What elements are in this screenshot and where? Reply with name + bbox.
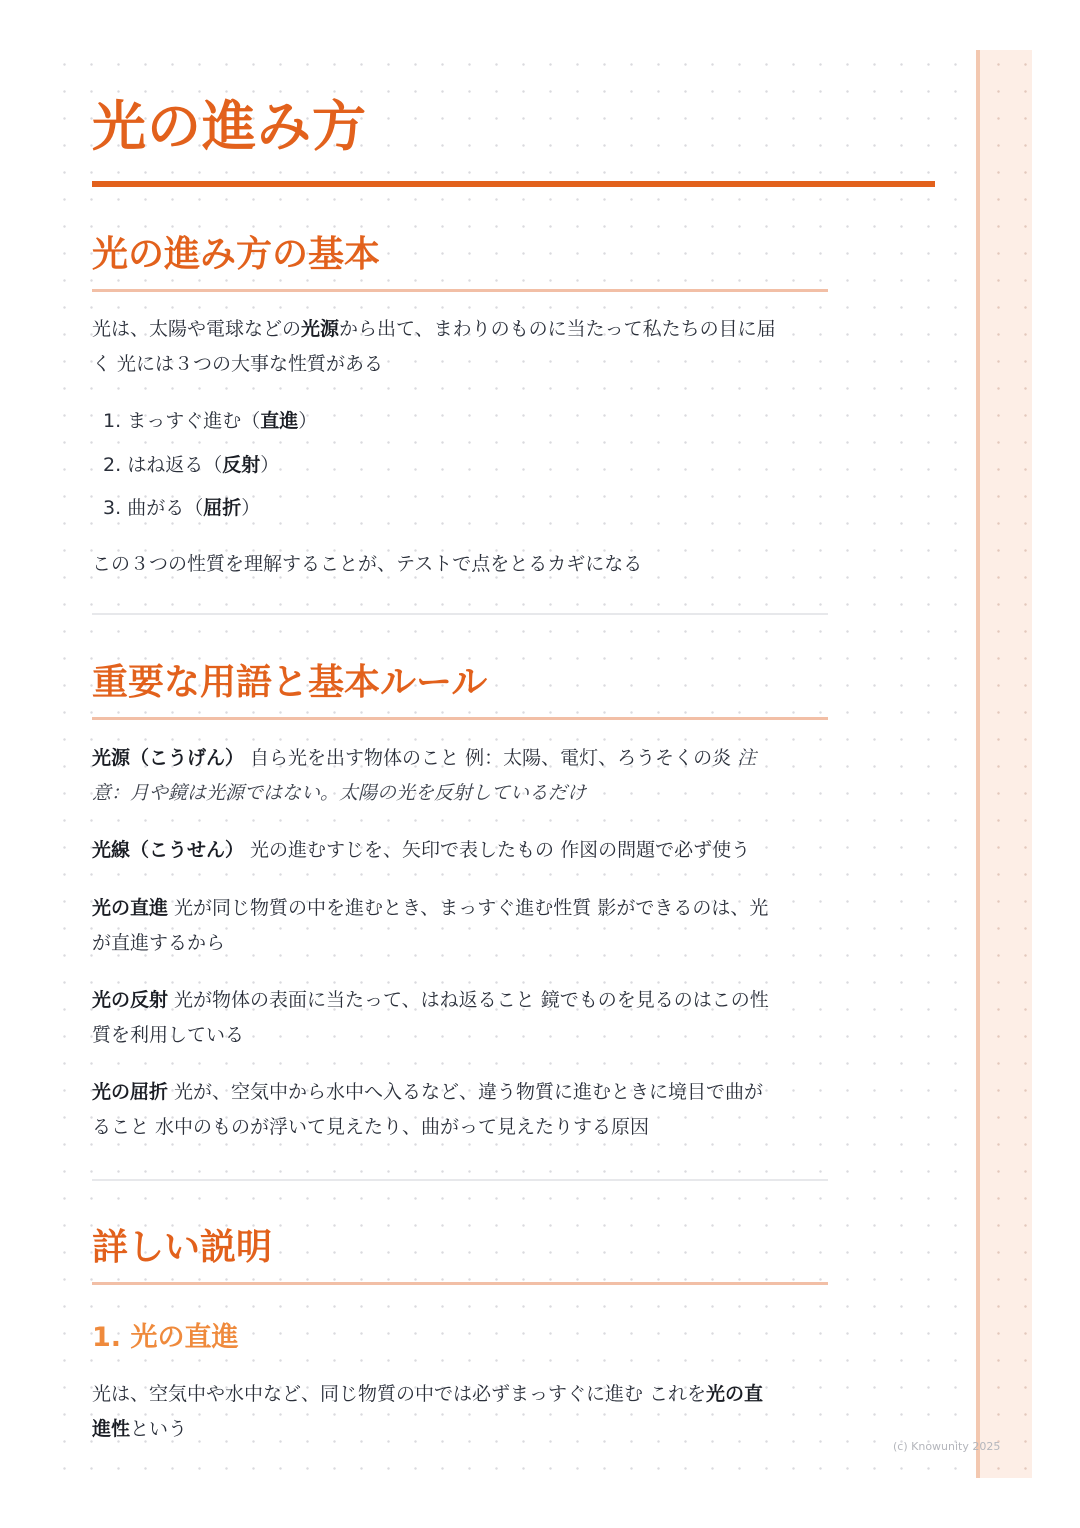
list-item: 3. 曲がる（屈折） — [103, 493, 260, 523]
section-heading-rule — [92, 1282, 828, 1285]
subsection-heading-rectilinear: 1. 光の直進 — [92, 1320, 238, 1356]
term-refraction: 光の屈折 光が、空気中から水中へ入るなど、違う物質に進むときに境目で曲が ること… — [92, 1075, 832, 1145]
term-rectilinear-propagation: 光の直進 光が同じ物質の中を進むとき、まっすぐ進む性質 影ができるのは、光 が直… — [92, 891, 832, 961]
section-divider — [92, 613, 828, 615]
list-item: 2. はね返る（反射） — [103, 450, 279, 480]
term-reflection: 光の反射 光が物体の表面に当たって、はね返ること 鏡でものを見るのはこの性 質を… — [92, 983, 832, 1053]
bold-term: 光源 — [301, 318, 339, 340]
copyright-footer: (c) Knowunity 2025 — [893, 1440, 1000, 1453]
section-heading-rule — [92, 289, 828, 292]
term-light-source: 光源（こうげん） 自ら光を出す物体のこと 例：太陽、電灯、ろうそくの炎 注 意：… — [92, 741, 832, 811]
title-underline — [92, 181, 935, 187]
side-margin-strip — [976, 50, 1032, 1478]
subsection-paragraph: 光は、空気中や水中など、同じ物質の中では必ずまっすぐに進む これを光の直 進性と… — [92, 1377, 832, 1447]
page-title: 光の進み方 — [92, 92, 367, 162]
section-divider — [92, 1179, 828, 1181]
section-heading-details: 詳しい説明 — [92, 1225, 272, 1271]
section-heading-terms: 重要な用語と基本ルール — [92, 660, 487, 706]
intro-paragraph: 光は、太陽や電球などの光源から出て、まわりのものに当たって私たちの目に届 く 光… — [92, 312, 832, 382]
section-heading-rule — [92, 717, 828, 720]
list-item: 1. まっすぐ進む（直進） — [103, 406, 317, 436]
term-light-ray: 光線（こうせん） 光の進むすじを、矢印で表したもの 作図の問題で必ず使う — [92, 833, 832, 868]
outro-paragraph: この３つの性質を理解することが、テストで点をとるカギになる — [92, 547, 832, 582]
section-heading-basics: 光の進み方の基本 — [92, 232, 380, 278]
